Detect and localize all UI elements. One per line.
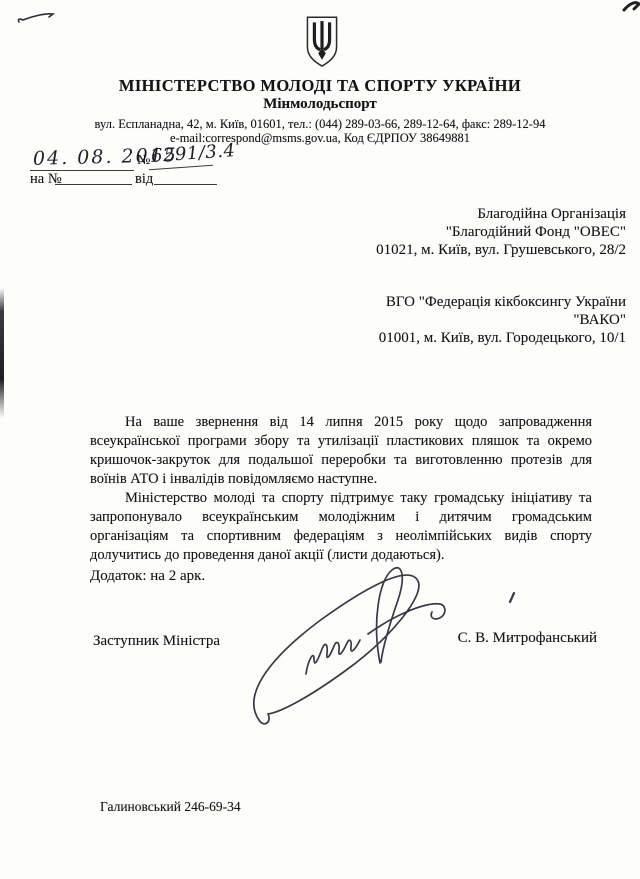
reply-to-label: на №: [30, 171, 62, 188]
letter-body: На ваше звернення від 14 липня 2015 року…: [90, 413, 592, 565]
body-line: всеукраїнської програми збору та утиліза…: [90, 432, 592, 451]
pen-mark-top-left-icon: [16, 10, 56, 26]
recipient-line: Благодійна Організація: [296, 205, 626, 223]
body-line: організаціям та спортивним федераціям з …: [90, 527, 592, 546]
executor-contact-line: Галиновський 246-69-34: [100, 799, 241, 815]
from-label: від: [135, 171, 153, 188]
attachment-note: Додаток: на 2 арк.: [90, 568, 205, 585]
handwritten-outgoing-number: 6291/3.4: [150, 140, 236, 167]
signer-position-title: Заступник Міністра: [93, 633, 220, 650]
ministry-name: МІНІСТЕРСТВО МОЛОДІ ТА СПОРТУ УКРАЇНИ: [0, 76, 640, 96]
ministry-address-line: вул. Еспланадна, 42, м. Київ, 01601, тел…: [0, 117, 640, 132]
body-line: воїнів АТО і інвалідів повідомляємо наст…: [90, 470, 592, 489]
ukraine-trident-emblem-icon: [303, 15, 341, 69]
number-sign-label: №: [137, 153, 150, 169]
body-line: Міністерство молоді та спорту підтримує …: [90, 489, 592, 508]
recipient-line: "ВАКО": [296, 311, 626, 329]
reply-number-underline: [55, 184, 132, 185]
scan-edge-artifact: [0, 288, 4, 418]
scanned-letter-page: МІНІСТЕРСТВО МОЛОДІ ТА СПОРТУ УКРАЇНИ Мі…: [0, 0, 640, 879]
handwritten-signature-icon: [248, 562, 528, 732]
pen-mark-top-right-icon: [622, 0, 640, 12]
body-line: На ваше звернення від 14 липня 2015 року…: [90, 413, 592, 432]
recipient-block-vako: ВГО "Федерація кікбоксингу України "ВАКО…: [296, 293, 626, 347]
signer-name: С. В. Митрофанський: [458, 630, 597, 647]
ministry-contact-line: e-mail:correspond@msms.gov.ua, Код ЄДРПО…: [0, 131, 640, 146]
recipient-line: "Благодійний Фонд "ОВЕС": [296, 223, 626, 241]
body-line: кришочок-закруток для подальшої переробк…: [90, 451, 592, 470]
recipient-line: 01001, м. Київ, вул. Городецького, 10/1: [296, 329, 626, 347]
recipient-line: 01021, м. Київ, вул. Грушевського, 28/2: [296, 241, 626, 259]
recipient-block-oves: Благодійна Організація "Благодійний Фонд…: [296, 205, 626, 259]
recipient-line: ВГО "Федерація кікбоксингу України: [296, 293, 626, 311]
from-date-underline: [154, 184, 217, 185]
body-line: запропонувало всеукраїнським молодіжним …: [90, 508, 592, 527]
ministry-short-name: Мінмолодьспорт: [0, 96, 640, 113]
